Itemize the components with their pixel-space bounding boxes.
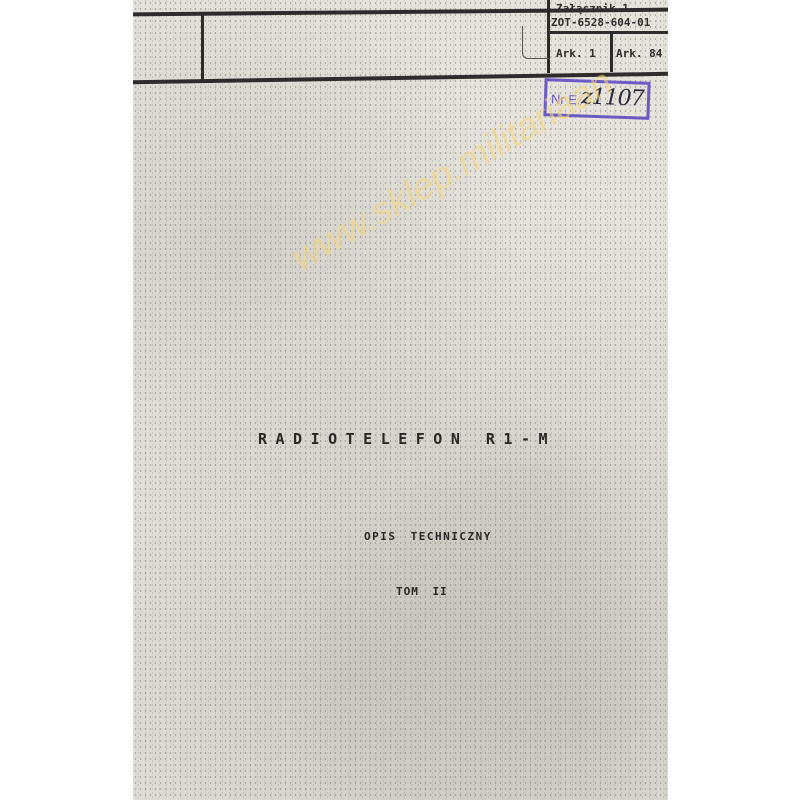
sheet-label: Ark. 1 (556, 47, 596, 60)
header-cell-divider-horizontal (547, 31, 668, 34)
pen-mark (522, 26, 549, 59)
header-cell-divider-vertical (610, 32, 613, 72)
document-volume: TOM II (396, 585, 448, 598)
document-title: RADIOTELEFON R1-M (258, 430, 556, 448)
document-page (133, 0, 668, 800)
document-subtitle: OPIS TECHNICZNY (364, 530, 492, 543)
attachment-label: Załącznik 1 (556, 2, 629, 15)
sheets-total-label: Ark. 84 (616, 47, 662, 60)
header-column-divider-left (201, 12, 204, 82)
document-code: ZOT-6528-604-01 (551, 16, 650, 29)
